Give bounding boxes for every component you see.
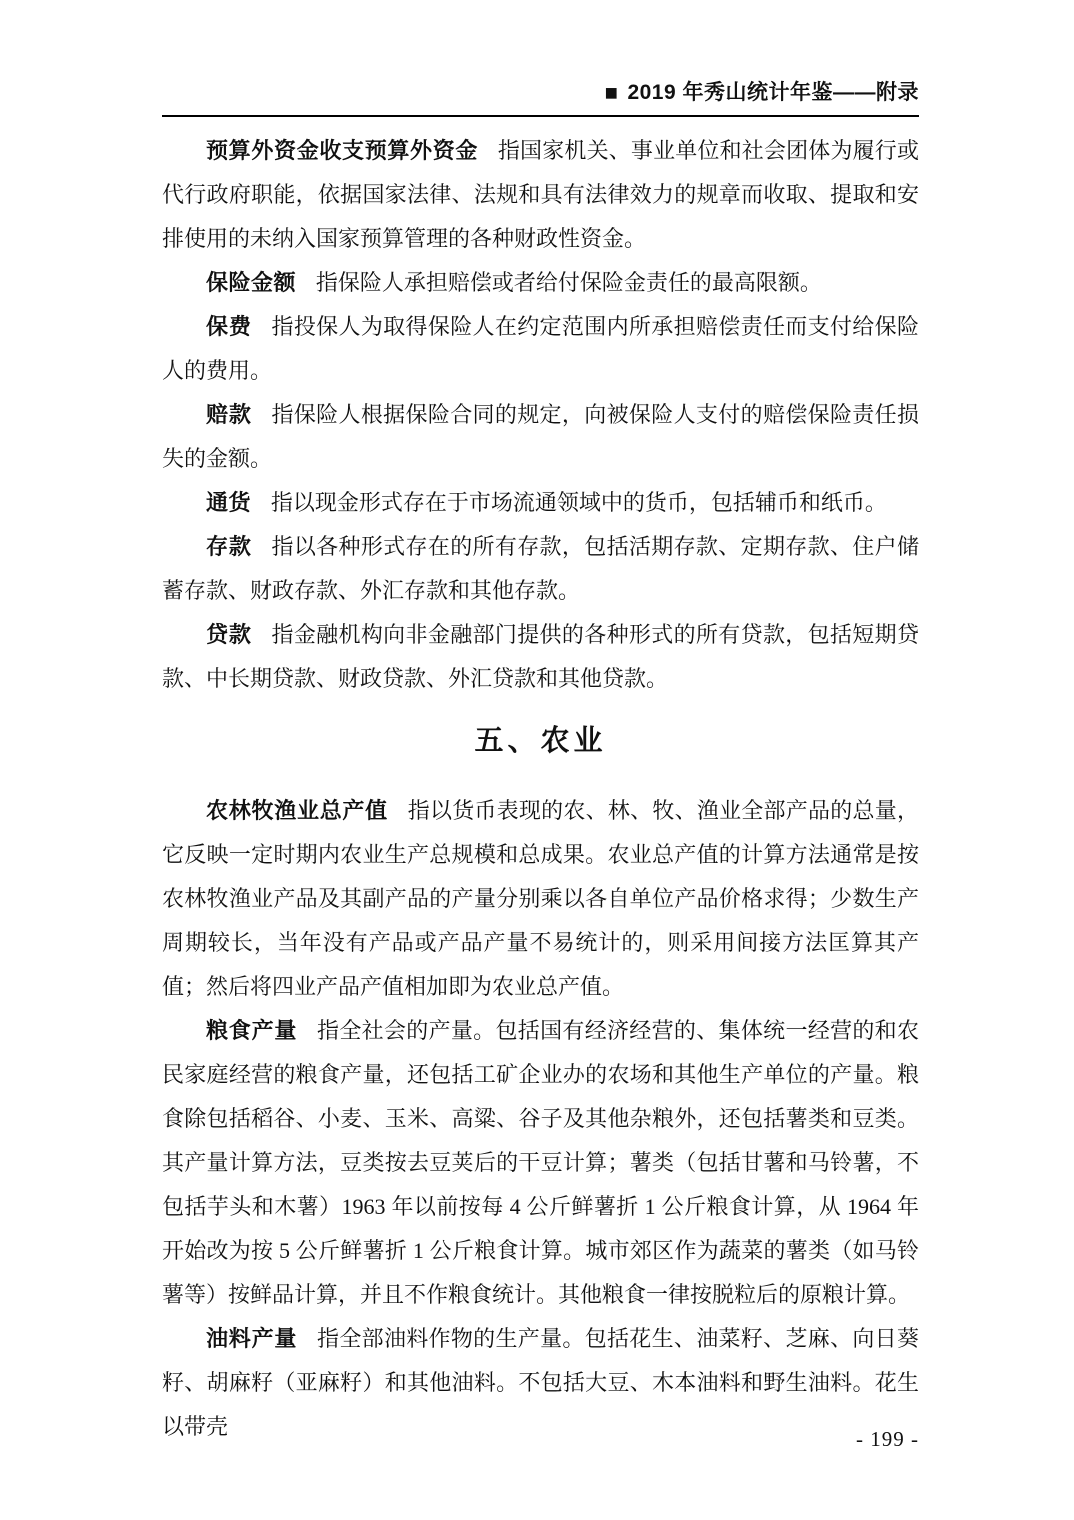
definition-paragraph: 预算外资金收支预算外资金指国家机关、事业单位和社会团体为履行或代行政府职能，依据… (162, 129, 919, 261)
definition-paragraph: 赔款指保险人根据保险合同的规定，向被保险人支付的赔偿保险责任损失的金额。 (162, 393, 919, 481)
definition-paragraph: 粮食产量指全社会的产量。包括国有经济经营的、集体统一经营的和农民家庭经营的粮食产… (162, 1009, 919, 1317)
term-definition: 指以货币表现的农、林、牧、渔业全部产品的总量，它反映一定时期内农业生产总规模和总… (162, 798, 919, 999)
header-title: 2019 年秀山统计年鉴——附录 (627, 81, 919, 104)
term-label: 粮食产量 (206, 1018, 297, 1043)
definition-paragraph: 贷款指金融机构向非金融部门提供的各种形式的所有贷款，包括短期贷款、中长期贷款、财… (162, 613, 919, 701)
term-definition: 指全社会的产量。包括国有经济经营的、集体统一经营的和农民家庭经营的粮食产量，还包… (162, 1018, 919, 1307)
definition-paragraph: 通货指以现金形式存在于市场流通领域中的货币，包括辅币和纸币。 (162, 481, 919, 525)
term-label: 赔款 (206, 402, 252, 427)
definition-paragraph: 保费指投保人为取得保险人在约定范围内所承担赔偿责任而支付给保险人的费用。 (162, 305, 919, 393)
term-label: 预算外资金收支预算外资金 (206, 138, 478, 163)
term-label: 保险金额 (206, 270, 296, 295)
term-label: 油料产量 (206, 1326, 297, 1351)
page-header: ■2019 年秀山统计年鉴——附录 (162, 0, 919, 107)
term-label: 农林牧渔业总产值 (206, 798, 388, 823)
term-definition: 指以各种形式存在的所有存款，包括活期存款、定期存款、住户储蓄存款、财政存款、外汇… (162, 534, 919, 603)
header-rule (162, 115, 919, 117)
term-label: 贷款 (206, 622, 252, 647)
definition-paragraph: 存款指以各种形式存在的所有存款，包括活期存款、定期存款、住户储蓄存款、财政存款、… (162, 525, 919, 613)
definition-paragraph: 农林牧渔业总产值指以货币表现的农、林、牧、渔业全部产品的总量，它反映一定时期内农… (162, 789, 919, 1009)
section-heading-agriculture: 五、农业 (162, 717, 919, 765)
term-definition: 指金融机构向非金融部门提供的各种形式的所有贷款，包括短期贷款、中长期贷款、财政贷… (162, 622, 919, 691)
term-definition: 指以现金形式存在于市场流通领域中的货币，包括辅币和纸币。 (271, 490, 887, 515)
term-definition: 指投保人为取得保险人在约定范围内所承担赔偿责任而支付给保险人的费用。 (162, 314, 919, 383)
page-number: - 199 - (162, 1427, 919, 1452)
term-definition: 指保险人承担赔偿或者给付保险金责任的最高限额。 (316, 270, 822, 295)
document-body: 预算外资金收支预算外资金指国家机关、事业单位和社会团体为履行或代行政府职能，依据… (162, 129, 919, 1449)
document-page: ■2019 年秀山统计年鉴——附录 预算外资金收支预算外资金指国家机关、事业单位… (0, 0, 1074, 1520)
term-label: 保费 (206, 314, 252, 339)
term-label: 通货 (206, 490, 251, 515)
term-label: 存款 (206, 534, 252, 559)
square-marker-icon: ■ (605, 80, 619, 105)
definition-paragraph: 保险金额指保险人承担赔偿或者给付保险金责任的最高限额。 (162, 261, 919, 305)
term-definition: 指保险人根据保险合同的规定，向被保险人支付的赔偿保险责任损失的金额。 (162, 402, 919, 471)
